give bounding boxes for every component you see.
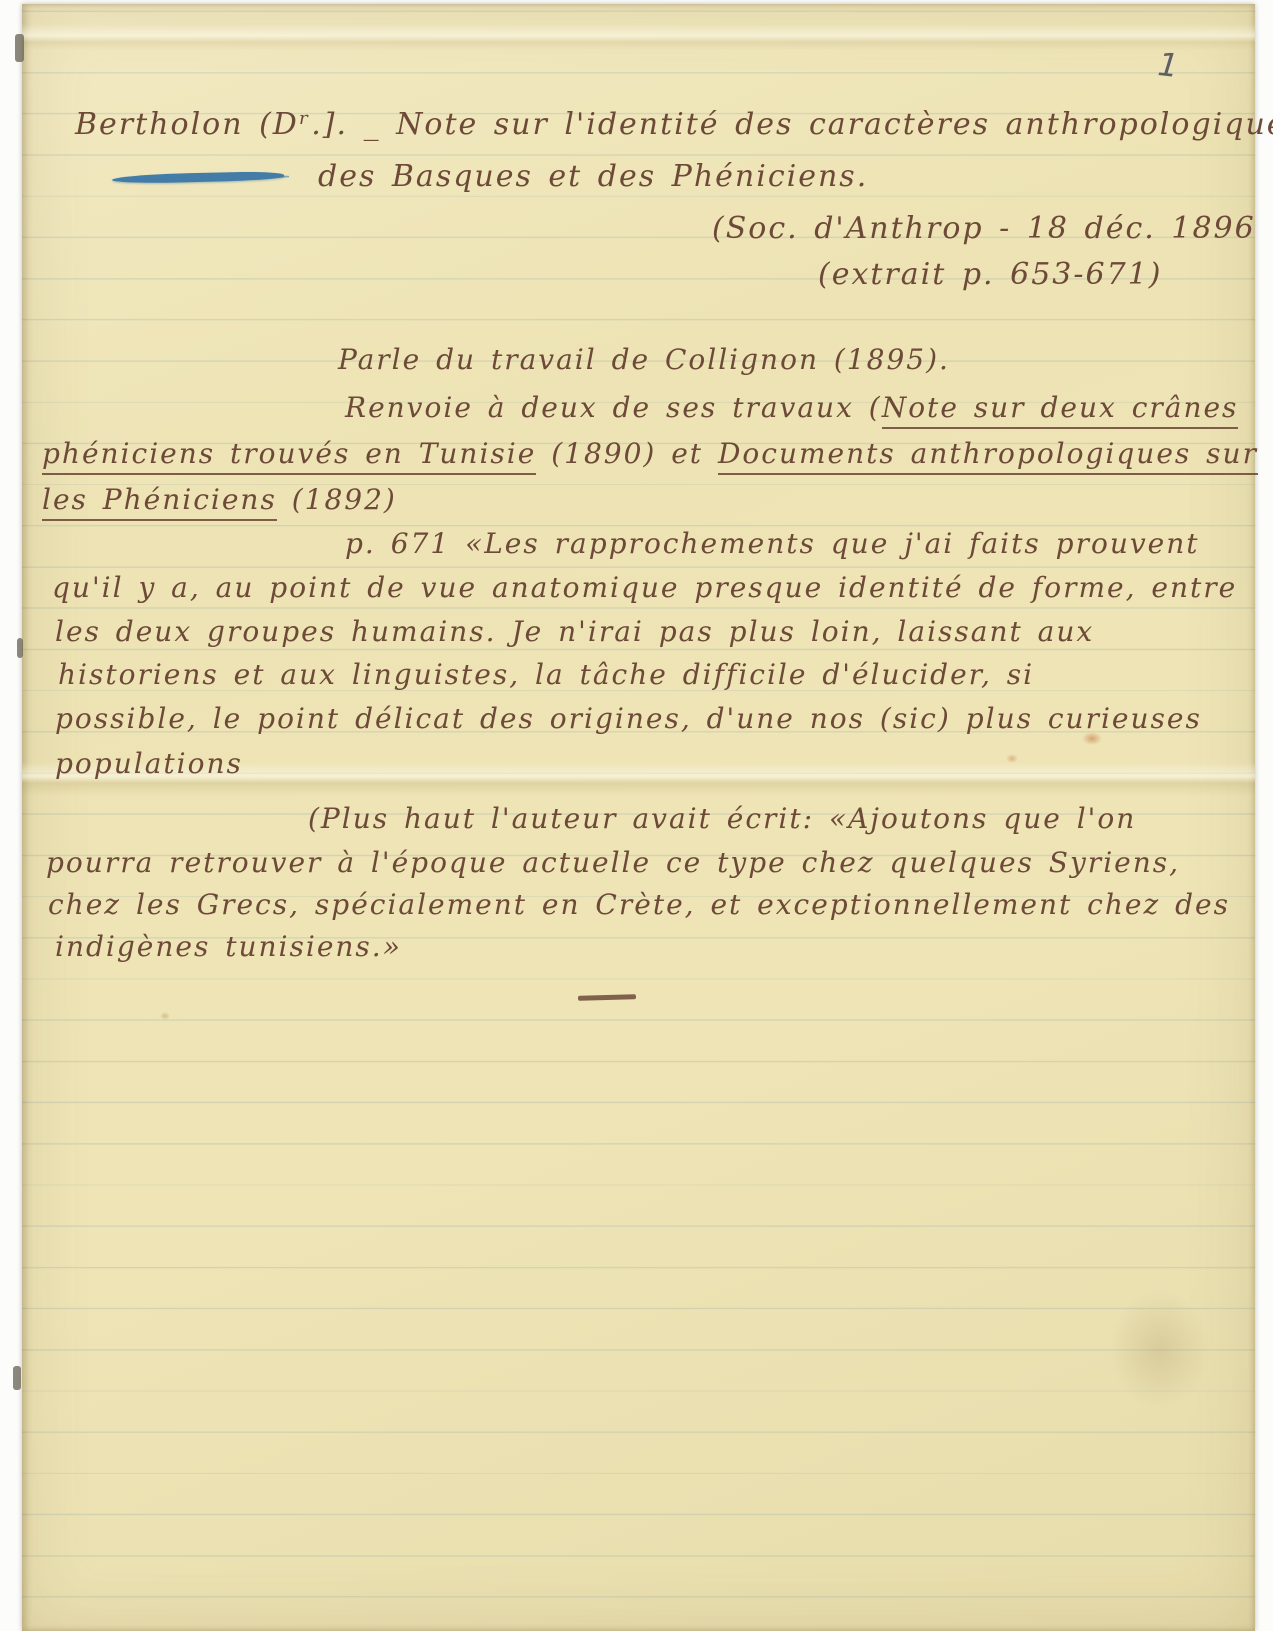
heading-title-part: _ Note sur l'identité des caractères ant… [364,107,1273,142]
heading-line-1: Bertholon (Dʳ.]. _ Note sur l'identité d… [75,108,1273,143]
heading-line-2: des Basques et des Phéniciens. [318,160,868,195]
note-line: possible, le point délicat des origines,… [55,703,1202,735]
torn-edge-notch [17,638,23,658]
underlined-title: Note sur deux crânes [882,391,1239,429]
note-line: phéniciens trouvés en Tunisie (1890) et … [42,438,1258,470]
scanned-manuscript: { "document": { "page_number": "1", "hea… [0,0,1273,1631]
note-line: (Plus haut l'auteur avait écrit: «Ajouto… [308,803,1136,835]
source-line-1: (Soc. d'Anthrop - 18 déc. 1896 [712,212,1256,247]
source-line-2: (extrait p. 653-671) [818,258,1162,293]
note-line: populations [55,748,243,780]
note-line: historiens et aux linguistes, la tâche d… [58,659,1034,691]
underlined-title: les Phéniciens [42,483,277,521]
note-line: Renvoie à deux de ses travaux (Note sur … [345,392,1238,424]
note-line: qu'il y a, au point de vue anatomique pr… [52,572,1237,604]
page-number: 1 [1156,45,1180,85]
underlined-title: phéniciens trouvés en Tunisie [42,437,536,475]
heading-author: Bertholon (Dʳ.]. [75,107,348,142]
note-line: pourra retrouver à l'époque actuelle ce … [46,847,1180,879]
note-line: les Phéniciens (1892) [42,484,397,516]
torn-edge-notch [13,1366,21,1390]
torn-edge-notch [15,34,24,62]
note-line: les deux groupes humains. Je n'irai pas … [55,616,1094,648]
underlined-title: Documents anthropologiques sur [718,437,1258,475]
note-line: chez les Grecs, spécialement en Crète, e… [48,889,1230,921]
note-line: indigènes tunisiens.» [55,931,402,963]
note-line: p. 671 «Les rapprochements que j'ai fait… [345,528,1200,560]
note-line: Parle du travail de Collignon (1895). [338,344,950,376]
